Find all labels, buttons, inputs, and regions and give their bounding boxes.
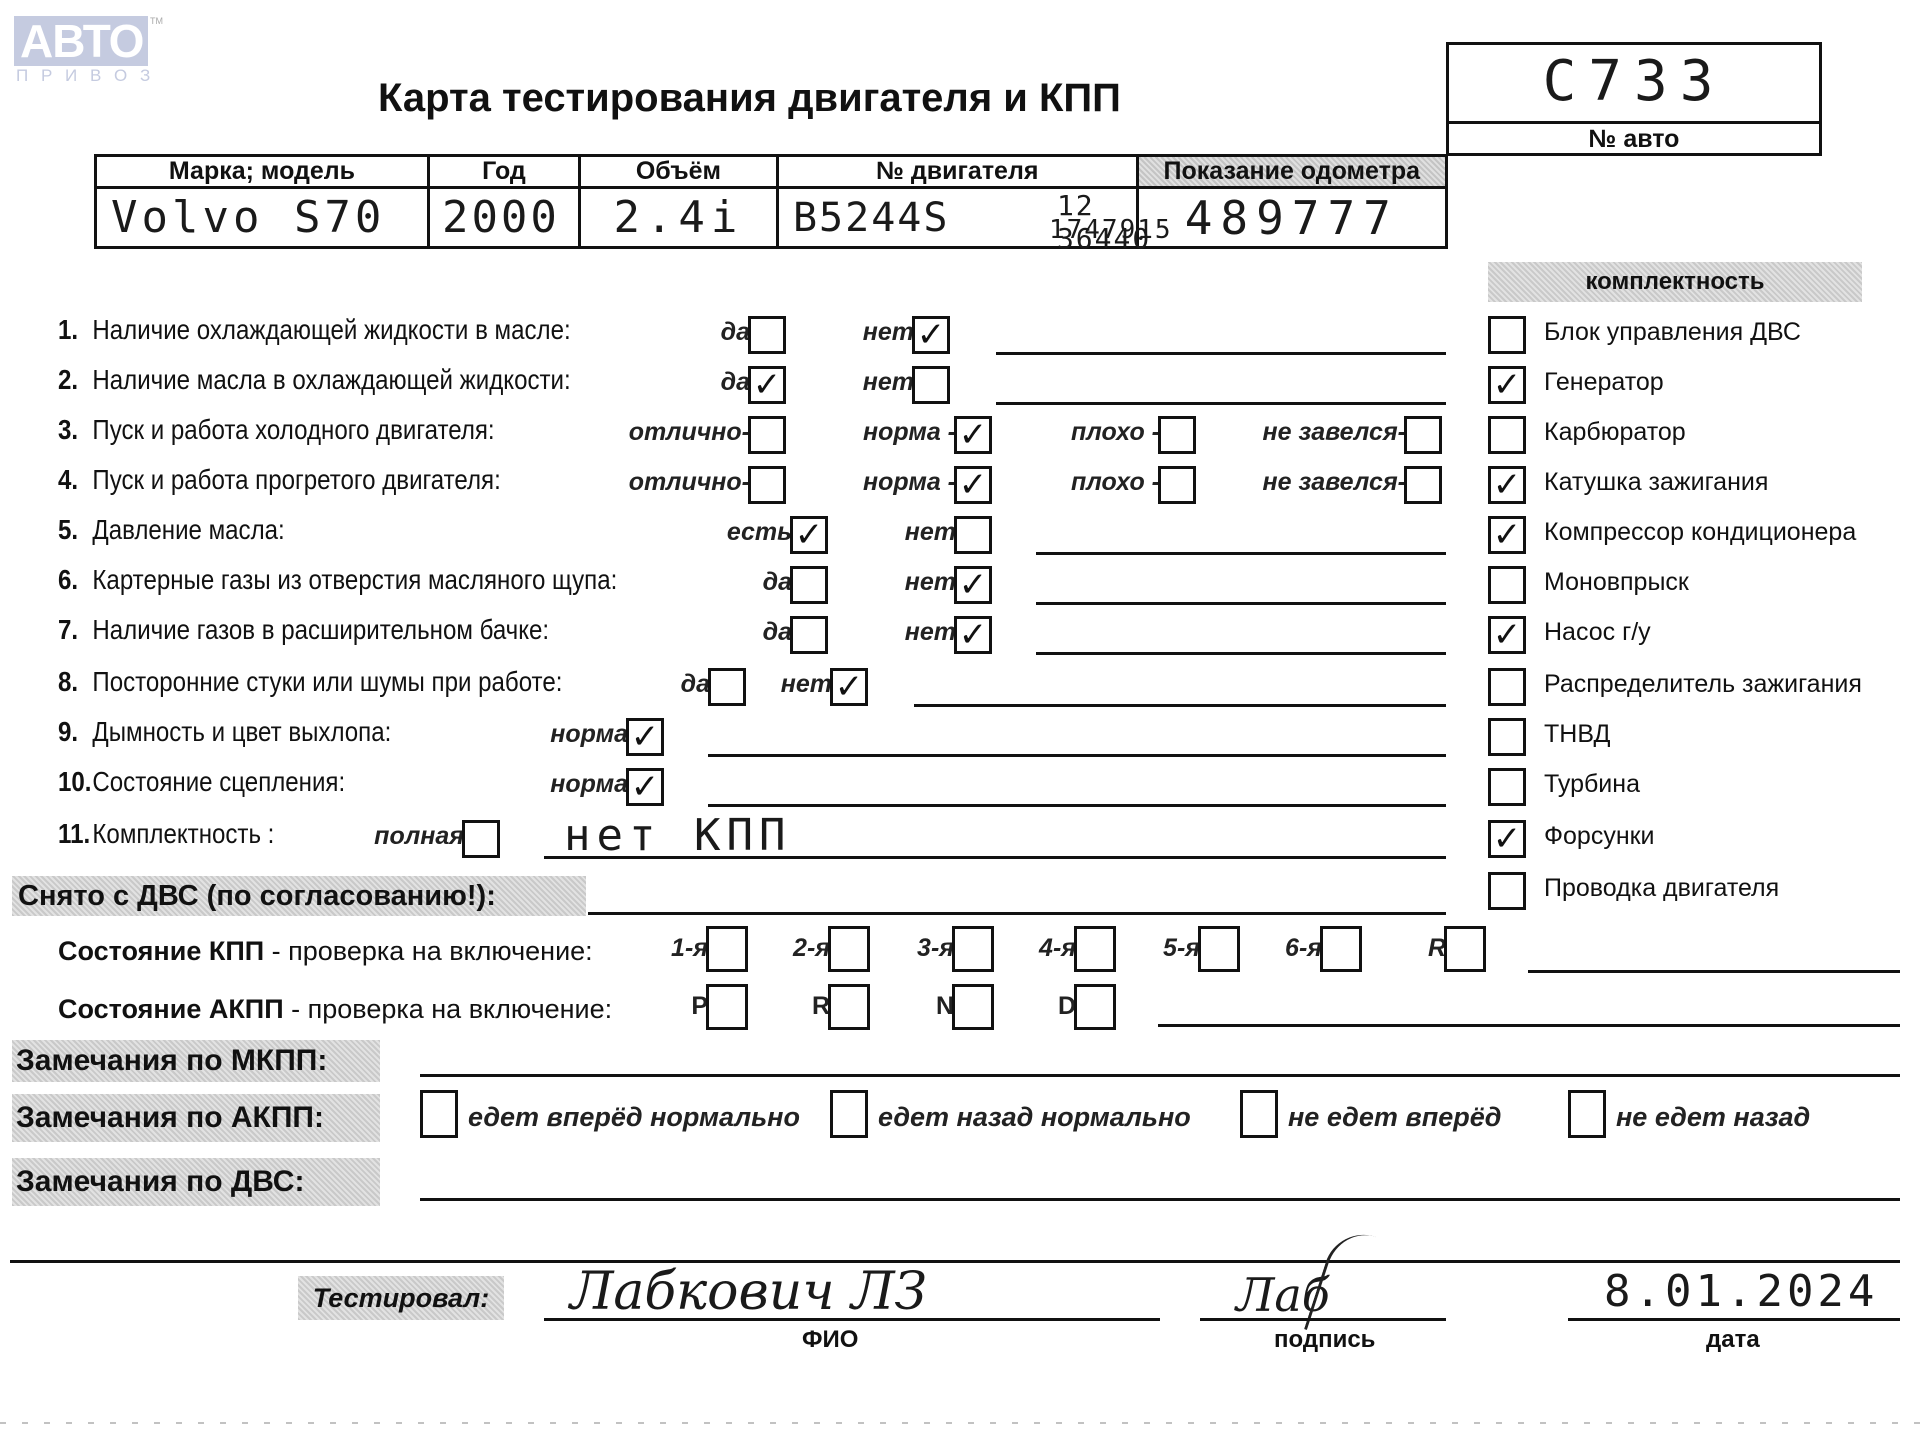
kit-checkbox[interactable]: ✓	[1488, 366, 1526, 404]
kpp-checkbox[interactable]	[1444, 926, 1486, 972]
question-7-option-label: да	[763, 618, 792, 647]
question-11-option-label: полная	[374, 822, 464, 851]
kit-checkbox[interactable]	[1488, 416, 1526, 454]
check-mark-icon: ✓	[793, 513, 825, 557]
signature-line[interactable]	[1200, 1318, 1446, 1321]
question-6-option-label: нет	[905, 568, 956, 597]
col-model: Марка; модель	[96, 156, 429, 188]
question-9-option-label: норма	[550, 720, 628, 749]
kpp-label: 1-я	[671, 934, 708, 963]
remarks-mkpp-text: Замечания по МКПП:	[12, 1044, 327, 1077]
question-4-label: 4.Пуск и работа прогретого двигателя:	[58, 464, 501, 496]
question-3-label: 3.Пуск и работа холодного двигателя:	[58, 414, 495, 446]
kit-title: комплектность	[1488, 262, 1862, 302]
question-3-option-label: норма -	[863, 418, 956, 447]
question-3-checkbox[interactable]	[748, 416, 786, 454]
question-text: Пуск и работа прогретого двигателя:	[92, 464, 500, 495]
col-volume: Объём	[579, 156, 777, 188]
removed-label-text: Снято с ДВС (по согласованию!):	[12, 880, 496, 912]
question-7-option-label: нет	[905, 618, 956, 647]
akpp-checkbox[interactable]	[1074, 984, 1116, 1030]
akpp-line[interactable]	[1158, 1024, 1900, 1027]
question-3-option-label: плохо -	[1071, 418, 1160, 447]
question-4-option-label: не завелся-	[1263, 468, 1406, 497]
question-5-label: 5.Давление масла:	[58, 514, 285, 546]
remarks-mkpp-label: Замечания по МКПП:	[12, 1040, 380, 1082]
question-2-option-label: да	[721, 368, 750, 397]
kit-item-label: Форсунки	[1544, 822, 1655, 851]
question-4-option-label: норма -	[863, 468, 956, 497]
kit-item-label: Проводка двигателя	[1544, 874, 1779, 903]
kit-item-label: Моновпрыск	[1544, 568, 1689, 597]
kpp-checkbox[interactable]	[1074, 926, 1116, 972]
name-caption: ФИО	[802, 1326, 858, 1354]
question-1-option-label: да	[721, 318, 750, 347]
question-text: Картерные газы из отверстия масляного щу…	[92, 564, 617, 595]
remarks-mkpp-line[interactable]	[420, 1074, 1900, 1077]
check-mark-icon: ✓	[833, 665, 865, 709]
question-5-checkbox[interactable]	[954, 516, 992, 554]
check-mark-icon: ✓	[1491, 513, 1523, 557]
kit-checkbox[interactable]	[1488, 872, 1526, 910]
question-6-checkbox[interactable]: ✓	[954, 566, 992, 604]
question-6-option-label: да	[763, 568, 792, 597]
col-odometer: Показание одометра	[1137, 156, 1446, 188]
question-4-checkbox[interactable]	[748, 466, 786, 504]
question-10-label: 10.Состояние сцепления:	[58, 766, 345, 798]
remarks-akpp-text: Замечания по АКПП:	[12, 1101, 324, 1134]
question-8-notes-line[interactable]	[914, 704, 1446, 707]
vehicle-info-table: Марка; модель Год Объём № двигателя Пока…	[94, 154, 1448, 249]
question-1-option-label: нет	[863, 318, 914, 347]
kit-item-label: Карбюратор	[1544, 418, 1686, 447]
kpp-label: Состояние КПП - проверка на включение:	[58, 936, 593, 967]
akpp-remark-checkbox[interactable]	[1568, 1090, 1606, 1138]
question-11-note: нет КПП	[564, 810, 791, 861]
question-7-label: 7.Наличие газов в расширительном бачке:	[58, 614, 549, 646]
question-4-checkbox[interactable]	[1158, 466, 1196, 504]
check-mark-icon: ✓	[629, 765, 661, 809]
name-line[interactable]	[544, 1318, 1160, 1321]
kit-checkbox[interactable]	[1488, 718, 1526, 756]
year-field[interactable]: 2000	[428, 188, 579, 248]
kpp-label-rest: - проверка на включение:	[264, 936, 593, 966]
question-6-checkbox[interactable]	[790, 566, 828, 604]
signature-caption: подпись	[1274, 1326, 1375, 1354]
question-text: Наличие охлаждающей жидкости в масле:	[92, 314, 570, 345]
check-mark-icon: ✓	[957, 563, 989, 607]
volume-value: 2.4i	[613, 192, 743, 243]
kit-item-label: Блок управления ДВС	[1544, 318, 1801, 347]
kit-item-label: ТНВД	[1544, 720, 1610, 749]
kit-checkbox[interactable]	[1488, 768, 1526, 806]
kit-checkbox[interactable]: ✓	[1488, 466, 1526, 504]
akpp-label-rest: - проверка на включение:	[284, 994, 613, 1024]
removed-label: Снято с ДВС (по согласованию!):	[12, 876, 586, 916]
engine-code-value: B5244S	[779, 195, 950, 241]
model-field[interactable]: Volvo S70	[96, 188, 429, 248]
engine-number-field[interactable]: B5244S 12 36440 1747915	[777, 188, 1137, 248]
question-text: Посторонние стуки или шумы при работе:	[92, 666, 562, 697]
col-engine-number: № двигателя	[777, 156, 1137, 188]
akpp-checkbox[interactable]	[952, 984, 994, 1030]
question-8-option-label: нет	[781, 670, 832, 699]
tester-name: Лабкович ЛЗ	[570, 1262, 927, 1322]
logo-subtext: П Р И В О З	[16, 66, 154, 86]
kpp-checkbox[interactable]	[952, 926, 994, 972]
volume-field[interactable]: 2.4i	[579, 188, 777, 248]
logo-text: АВТО	[20, 16, 143, 66]
akpp-label-bold: Состояние АКПП	[58, 994, 284, 1024]
question-number: 7.	[58, 614, 92, 646]
question-number: 9.	[58, 716, 92, 748]
kit-item-label: Распределитель зажигания	[1544, 670, 1862, 699]
akpp-remark-label: едет назад нормально	[878, 1102, 1191, 1133]
question-1-checkbox[interactable]: ✓	[912, 316, 950, 354]
kit-checkbox[interactable]	[1488, 316, 1526, 354]
question-text: Пуск и работа холодного двигателя:	[92, 414, 494, 445]
akpp-remark-label: не едет назад	[1616, 1102, 1810, 1133]
question-9-label: 9.Дымность и цвет выхлопа:	[58, 716, 391, 748]
kit-item-label: Катушка зажигания	[1544, 468, 1768, 497]
question-number: 4.	[58, 464, 92, 496]
akpp-remark-label: не едет вперёд	[1288, 1102, 1501, 1133]
car-number-box: C733 № авто	[1446, 42, 1822, 156]
akpp-remark-checkbox[interactable]	[830, 1090, 868, 1138]
question-text: Давление масла:	[92, 514, 284, 545]
question-10-option-label: норма	[550, 770, 628, 799]
question-9-notes-line[interactable]	[708, 754, 1446, 757]
check-mark-icon: ✓	[629, 715, 661, 759]
kit-checkbox[interactable]: ✓	[1488, 820, 1526, 858]
tested-by-text: Тестировал:	[313, 1283, 489, 1313]
question-8-checkbox[interactable]: ✓	[830, 668, 868, 706]
question-number: 3.	[58, 414, 92, 446]
akpp-checkbox[interactable]	[828, 984, 870, 1030]
question-7-checkbox[interactable]: ✓	[954, 616, 992, 654]
question-number: 10.	[58, 766, 92, 798]
question-3-checkbox[interactable]: ✓	[954, 416, 992, 454]
question-4-checkbox[interactable]	[1404, 466, 1442, 504]
question-5-checkbox[interactable]: ✓	[790, 516, 828, 554]
question-5-notes-line[interactable]	[1036, 552, 1446, 555]
check-mark-icon: ✓	[751, 363, 783, 407]
question-11-label: 11.Комплектность :	[58, 818, 274, 850]
check-mark-icon: ✓	[1491, 613, 1523, 657]
year-value: 2000	[430, 192, 560, 243]
kpp-checkbox[interactable]	[706, 926, 748, 972]
question-3-checkbox[interactable]	[1404, 416, 1442, 454]
check-mark-icon: ✓	[957, 463, 989, 507]
logo-tm: TM	[150, 16, 163, 26]
question-8-label: 8.Посторонние стуки или шумы при работе:	[58, 666, 562, 698]
col-year: Год	[428, 156, 579, 188]
question-number: 2.	[58, 364, 92, 396]
kpp-label: 5-я	[1163, 934, 1200, 963]
question-8-option-label: да	[681, 670, 710, 699]
check-mark-icon: ✓	[1491, 363, 1523, 407]
kit-checkbox[interactable]: ✓	[1488, 616, 1526, 654]
question-text: Наличие газов в расширительном бачке:	[92, 614, 549, 645]
kpp-checkbox[interactable]	[1320, 926, 1362, 972]
question-1-checkbox[interactable]	[748, 316, 786, 354]
question-text: Состояние сцепления:	[92, 766, 345, 797]
kpp-checkbox[interactable]	[1198, 926, 1240, 972]
date-caption: дата	[1706, 1326, 1760, 1354]
question-6-label: 6.Картерные газы из отверстия масляного …	[58, 564, 617, 596]
question-number: 5.	[58, 514, 92, 546]
check-mark-icon: ✓	[1491, 817, 1523, 861]
remarks-dvs-label: Замечания по ДВС:	[12, 1158, 380, 1206]
question-text: Дымность и цвет выхлопа:	[92, 716, 391, 747]
kpp-checkbox[interactable]	[828, 926, 870, 972]
question-text: Комплектность :	[92, 818, 274, 849]
question-10-checkbox[interactable]: ✓	[626, 768, 664, 806]
question-4-checkbox[interactable]: ✓	[954, 466, 992, 504]
akpp-remark-label: едет вперёд нормально	[468, 1102, 800, 1133]
question-5-option-label: нет	[905, 518, 956, 547]
page-title-text: Карта тестирования двигателя и КПП	[378, 76, 1121, 120]
question-7-notes-line[interactable]	[1036, 652, 1446, 655]
akpp-remark-checkbox[interactable]	[1240, 1090, 1278, 1138]
question-1-label: 1.Наличие охлаждающей жидкости в масле:	[58, 314, 571, 346]
remarks-akpp-label: Замечания по АКПП:	[12, 1094, 380, 1142]
question-2-option-label: нет	[863, 368, 914, 397]
kit-item-label: Насос г/у	[1544, 618, 1651, 647]
kpp-label-bold: Состояние КПП	[58, 936, 264, 966]
question-2-notes-line[interactable]	[996, 402, 1446, 405]
question-number: 1.	[58, 314, 92, 346]
question-2-checkbox[interactable]: ✓	[748, 366, 786, 404]
question-11-checkbox[interactable]	[462, 820, 500, 858]
question-10-notes-line[interactable]	[708, 804, 1446, 807]
question-4-option-label: отлично-	[629, 468, 750, 497]
kit-checkbox[interactable]: ✓	[1488, 516, 1526, 554]
question-6-notes-line[interactable]	[1036, 602, 1446, 605]
question-8-checkbox[interactable]	[708, 668, 746, 706]
kit-item-label: Турбина	[1544, 770, 1640, 799]
scan-edge	[0, 1422, 1920, 1424]
question-number: 8.	[58, 666, 92, 698]
model-value: Volvo S70	[97, 192, 385, 243]
date-value: 8.01.2024	[1604, 1266, 1878, 1317]
question-2-checkbox[interactable]	[912, 366, 950, 404]
page-title: Карта тестирования двигателя и КПП	[378, 76, 1121, 121]
kpp-label: 4-я	[1039, 934, 1076, 963]
question-text: Наличие масла в охлаждающей жидкости:	[92, 364, 570, 395]
question-3-checkbox[interactable]	[1158, 416, 1196, 454]
engine-number-bottom: 1747915	[1049, 215, 1173, 245]
kpp-label: 2-я	[793, 934, 830, 963]
question-4-option-label: плохо -	[1071, 468, 1160, 497]
removed-line[interactable]	[588, 912, 1446, 915]
akpp-checkbox[interactable]	[706, 984, 748, 1030]
kit-checkbox[interactable]	[1488, 566, 1526, 604]
remarks-dvs-text: Замечания по ДВС:	[12, 1165, 304, 1198]
akpp-remark-checkbox[interactable]	[420, 1090, 458, 1138]
remarks-dvs-line[interactable]	[420, 1198, 1900, 1201]
kit-title-text: комплектность	[1585, 268, 1764, 295]
kpp-line[interactable]	[1528, 970, 1900, 973]
question-number: 11.	[58, 818, 92, 850]
kpp-label: 3-я	[917, 934, 954, 963]
kpp-label: 6-я	[1285, 934, 1322, 963]
odometer-value: 489777	[1185, 191, 1399, 245]
separator-line	[10, 1260, 1900, 1263]
check-mark-icon: ✓	[957, 413, 989, 457]
question-5-option-label: есть	[727, 518, 792, 547]
question-number: 6.	[58, 564, 92, 596]
date-line[interactable]	[1568, 1318, 1900, 1321]
check-mark-icon: ✓	[1491, 463, 1523, 507]
question-7-checkbox[interactable]	[790, 616, 828, 654]
odometer-field[interactable]: 489777	[1137, 188, 1446, 248]
logo: АВТО	[14, 16, 148, 66]
question-3-option-label: отлично-	[629, 418, 750, 447]
car-number-value: C733	[1449, 49, 1819, 114]
question-9-checkbox[interactable]: ✓	[626, 718, 664, 756]
car-number-label: № авто	[1449, 125, 1819, 154]
question-2-label: 2.Наличие масла в охлаждающей жидкости:	[58, 364, 571, 396]
tested-by-label: Тестировал:	[298, 1276, 504, 1320]
kit-checkbox[interactable]	[1488, 668, 1526, 706]
check-mark-icon: ✓	[957, 613, 989, 657]
question-3-option-label: не завелся-	[1263, 418, 1406, 447]
kit-item-label: Компрессор кондиционера	[1544, 518, 1856, 547]
kit-item-label: Генератор	[1544, 368, 1664, 397]
akpp-label: Состояние АКПП - проверка на включение:	[58, 994, 612, 1025]
check-mark-icon: ✓	[915, 313, 947, 357]
question-1-notes-line[interactable]	[996, 352, 1446, 355]
